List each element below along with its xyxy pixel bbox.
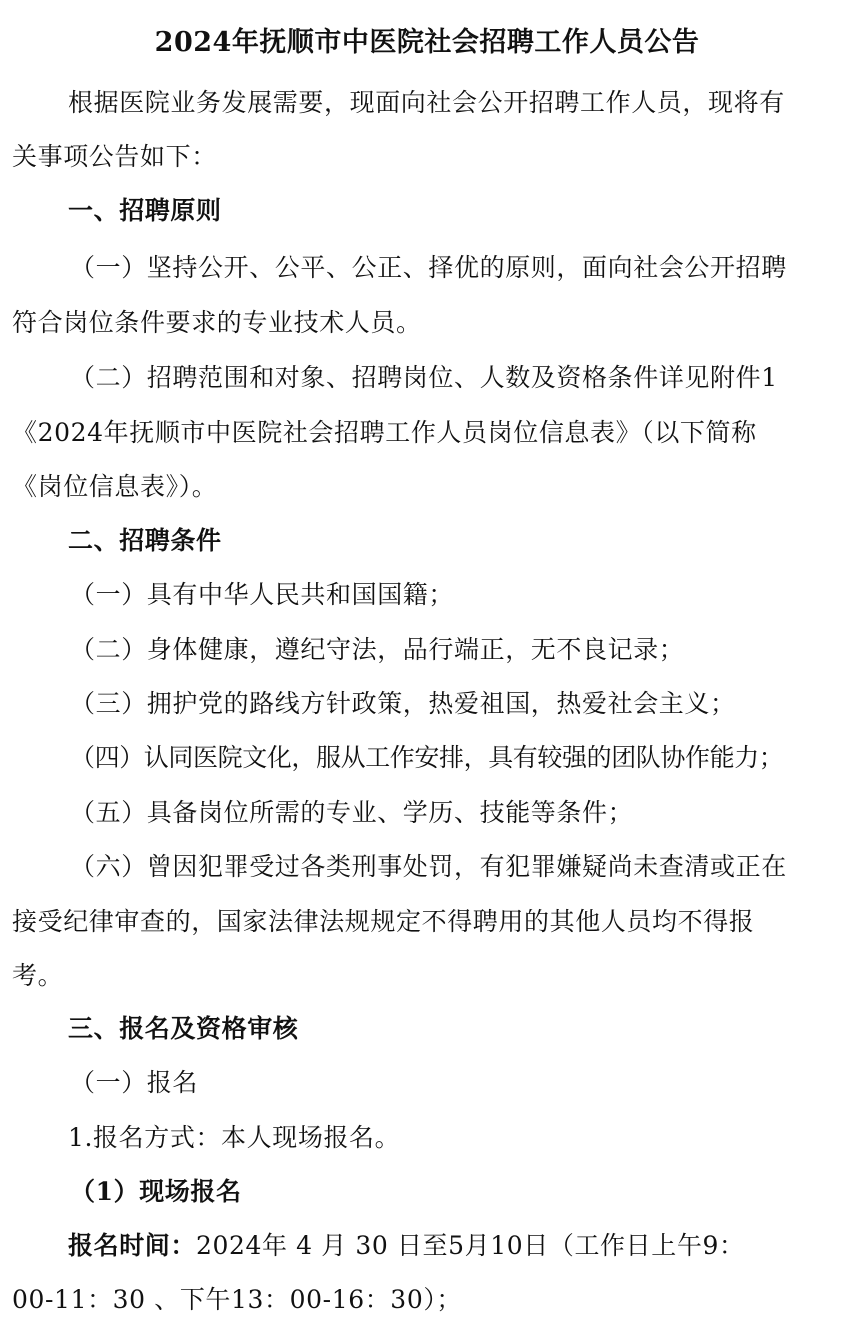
section1-item2-line3: 《岗位信息表》）。 <box>12 472 217 502</box>
registration-method: 1.报名方式：本人现场报名。 <box>68 1123 400 1153</box>
section1-item1-line2: 符合岗位条件要求的专业技术人员。 <box>12 308 422 338</box>
section2-item-5: （五）具备岗位所需的专业、学历、技能等条件； <box>70 798 633 828</box>
section2-heading: 二、招聘条件 <box>68 526 222 556</box>
registration-time-label: 报名时间： <box>68 1231 196 1260</box>
registration-time-line2: 00-11：30 、下午13：00-16：30）； <box>12 1285 462 1315</box>
section2-item-3: （三）拥护党的路线方针政策，热爱祖国，热爱社会主义； <box>70 689 736 719</box>
registration-time-line1: 报名时间：2024年 4 月 30 日至5月10日（工作日上午9： <box>68 1231 745 1261</box>
section1-item2-line2: 《2024年抚顺市中医院社会招聘工作人员岗位信息表》（以下简称 <box>12 418 757 448</box>
section2-item6-line1: （六）曾因犯罪受过各类刑事处罚，有犯罪嫌疑尚未查清或正在 <box>70 852 787 882</box>
intro-line-1: 根据医院业务发展需要，现面向社会公开招聘工作人员，现将有 <box>68 88 785 118</box>
section2-item6-line2: 接受纪律审查的，国家法律法规规定不得聘用的其他人员均不得报 <box>12 907 754 937</box>
section2-item-1: （一）具有中华人民共和国国籍； <box>70 580 454 610</box>
section2-item-4: （四）认同医院文化，服从工作安排，具有较强的团队协作能力； <box>70 743 783 773</box>
section1-heading: 一、招聘原则 <box>68 196 222 226</box>
section1-item2-line1: （二）招聘范围和对象、招聘岗位、人数及资格条件详见附件1 <box>70 363 778 393</box>
section1-item1-line1: （一）坚持公开、公平、公正、择优的原则，面向社会公开招聘 <box>70 253 787 283</box>
section3-heading: 三、报名及资格审核 <box>68 1014 298 1044</box>
section3-sub1-heading: （一）报名 <box>70 1068 198 1098</box>
onsite-registration-heading: （1）现场报名 <box>70 1177 242 1207</box>
section2-item-2: （二）身体健康，遵纪守法，品行端正，无不良记录； <box>70 635 684 665</box>
section2-item6-line3: 考。 <box>12 961 63 991</box>
document-title: 2024年抚顺市中医院社会招聘工作人员公告 <box>0 28 854 58</box>
registration-time-value: 2024年 4 月 30 日至5月10日（工作日上午9： <box>196 1231 745 1260</box>
intro-line-2: 关事项公告如下： <box>12 142 217 172</box>
